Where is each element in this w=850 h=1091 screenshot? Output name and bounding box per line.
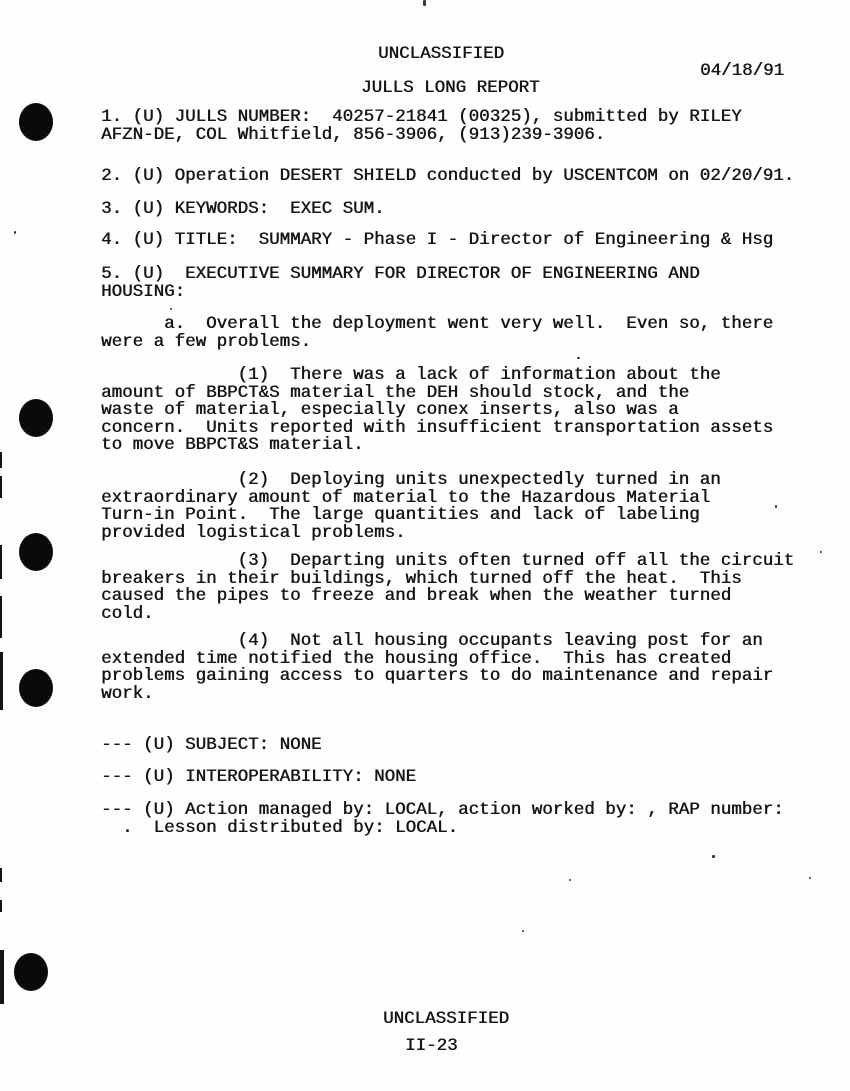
report-title: JULLS LONG REPORT [361, 80, 540, 98]
paragraph-title-line: 4. (U) TITLE: SUMMARY - Phase I - Direct… [101, 232, 773, 250]
hole-punch-4 [19, 669, 53, 707]
scan-artifact [0, 652, 3, 710]
paragraph-sub-1: (1) There was a lack of information abou… [101, 367, 773, 455]
scan-artifact [0, 476, 2, 498]
toner-speck [14, 231, 16, 234]
toner-speck [820, 551, 822, 553]
toner-speck [809, 877, 811, 879]
paragraph-exec-summary-heading: 5. (U) EXECUTIVE SUMMARY FOR DIRECTOR OF… [101, 266, 700, 301]
classification-header: UNCLASSIFIED [378, 46, 504, 64]
scan-artifact [0, 868, 2, 882]
paragraph-sub-2: (2) Deploying units unexpectedly turned … [101, 472, 721, 542]
paragraph-action: --- (U) Action managed by: LOCAL, action… [101, 802, 784, 837]
scanned-document-page: UNCLASSIFIED 04/18/91 JULLS LONG REPORT … [0, 0, 850, 1091]
paragraph-keywords: 3. (U) KEYWORDS: EXEC SUM. [101, 201, 385, 219]
toner-speck [775, 505, 777, 508]
classification-footer: UNCLASSIFIED [383, 1011, 509, 1029]
report-date: 04/18/91 [700, 63, 784, 81]
page-number: II-23 [405, 1038, 458, 1056]
toner-speck [712, 855, 715, 858]
paragraph-sub-4: (4) Not all housing occupants leaving po… [101, 633, 773, 703]
scan-artifact [0, 596, 2, 638]
paragraph-subject: --- (U) SUBJECT: NONE [101, 737, 322, 755]
hole-punch-3 [19, 533, 53, 571]
hole-punch-1 [19, 103, 53, 141]
scan-artifact [0, 900, 2, 912]
paragraph-sub-a: a. Overall the deployment went very well… [101, 316, 773, 351]
scan-artifact [0, 950, 4, 1004]
toner-speck [577, 357, 580, 359]
hole-punch-5 [14, 953, 48, 991]
toner-speck [569, 879, 571, 881]
paragraph-sub-3: (3) Departing units often turned off all… [101, 553, 794, 623]
toner-speck [423, 0, 426, 6]
paragraph-interoperability: --- (U) INTEROPERABILITY: NONE [101, 769, 416, 787]
hole-punch-2 [19, 399, 53, 437]
scan-artifact [0, 545, 2, 579]
toner-speck [522, 930, 524, 932]
scan-artifact [0, 452, 2, 468]
paragraph-julls-number: 1. (U) JULLS NUMBER: 40257-21841 (00325)… [101, 109, 742, 144]
toner-speck [170, 308, 172, 310]
paragraph-operation: 2. (U) Operation DESERT SHIELD conducted… [101, 168, 794, 186]
